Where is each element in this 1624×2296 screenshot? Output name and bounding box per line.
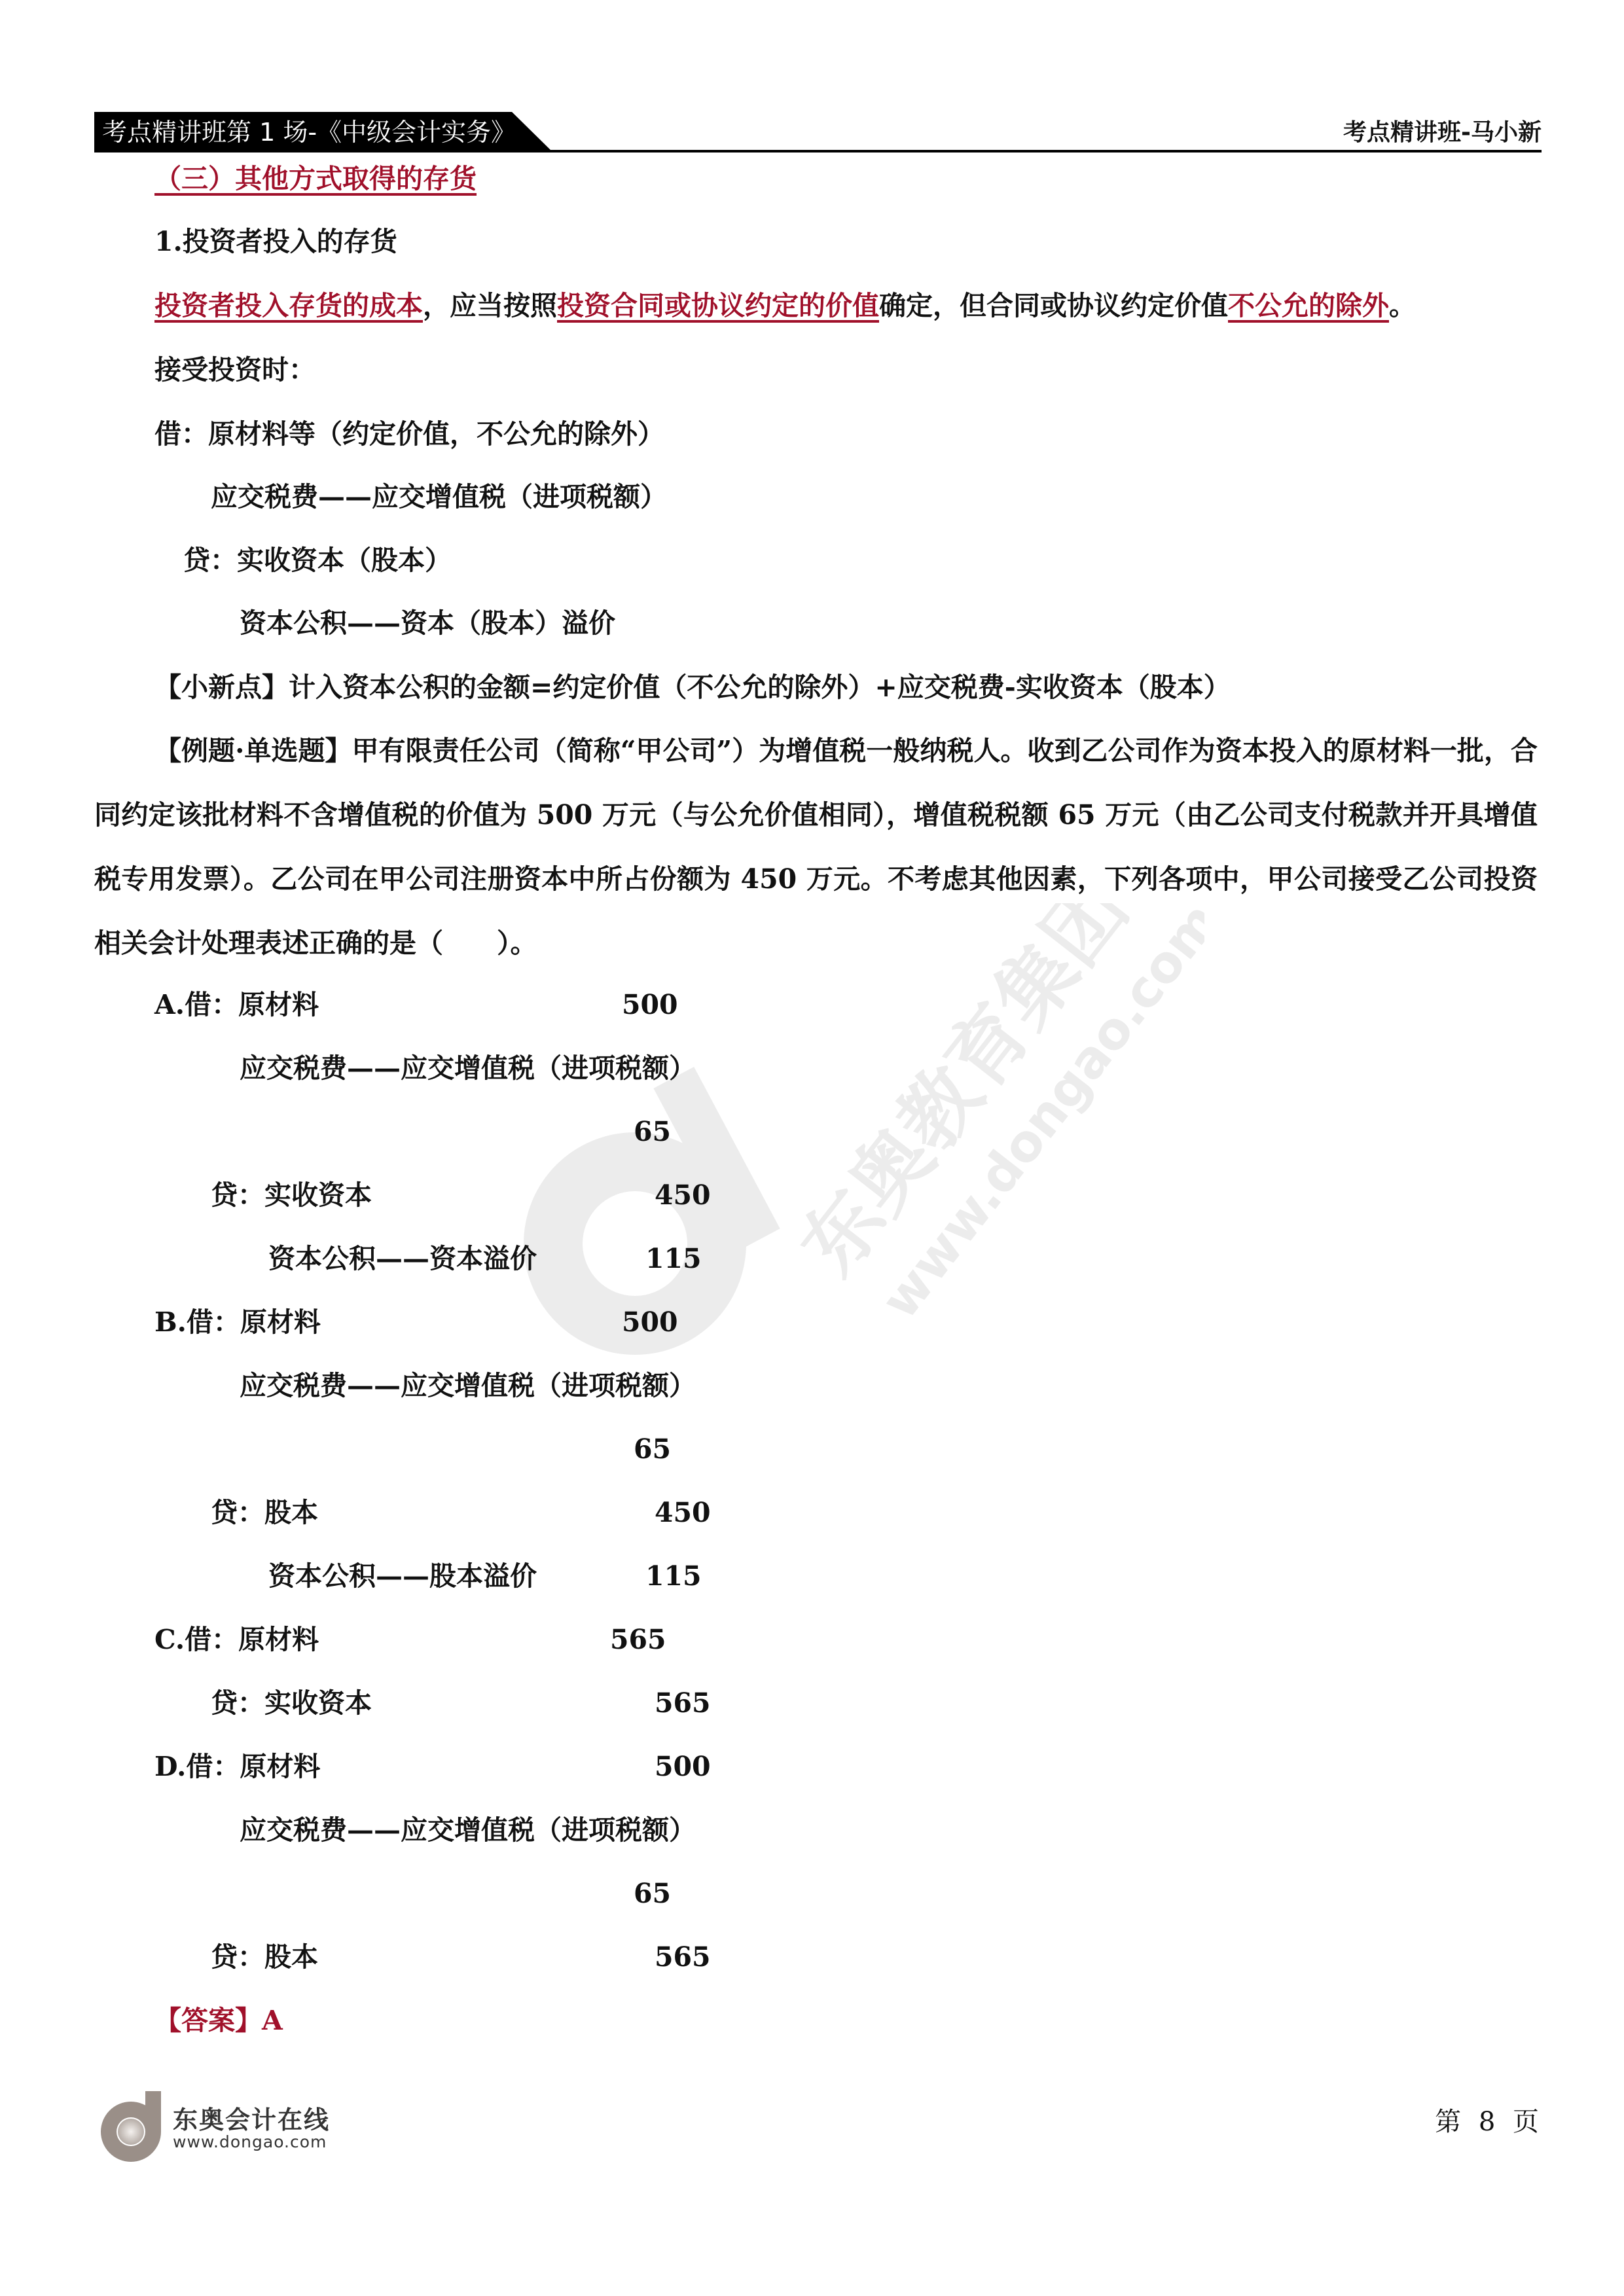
rule-sentence: 投资者投入存货的成本，应当按照投资合同或协议约定的价值确定，但合同或协议约定价值… [154,286,1416,325]
rule-text: 确定，但合同或协议约定价值 [879,290,1228,321]
section-heading: （三）其他方式取得的存货 [154,159,477,198]
option-d-amount3: 565 [655,1937,711,1977]
option-d-line1: D.借：原材料 [154,1747,320,1786]
question-text: 【例题·单选题】甲有限责任公司（简称“甲公司”）为增值税一般纳税人。收到乙公司作… [94,719,1538,975]
option-a-line4: 资本公积——资本溢价 [268,1239,537,1278]
subheading: 1.投资者投入的存货 [154,222,397,261]
answer-label: 【答案】 [154,2005,262,2036]
option-a-amount1: 500 [622,985,678,1024]
header-course-title: 考点精讲班第 1 场-《中级会计实务》 [102,115,516,149]
header-lecturer: 考点精讲班-马小新 [1343,117,1542,149]
option-c-amount1: 565 [610,1620,666,1659]
option-c-line1: C.借：原材料 [154,1620,319,1659]
option-c-line2: 贷：实收资本 [211,1683,372,1723]
entry-line-credit: 贷：实收资本（股本） [183,541,452,580]
entry-line-debit: 借：原材料等（约定价值，不公允的除外） [154,414,664,454]
header-divider [94,150,1542,152]
option-b-line1: B.借：原材料 [154,1302,321,1342]
option-b-line4: 资本公积——股本溢价 [268,1556,537,1596]
option-a-amount3: 450 [655,1175,711,1215]
rule-text: ，应当按照 [423,290,557,321]
rule-highlight-exception: 不公允的除外 [1228,290,1389,321]
option-c-amount2: 565 [655,1683,711,1723]
option-a-amount4: 115 [645,1239,702,1278]
option-a-line3: 贷：实收资本 [211,1175,372,1215]
page-number: 第 8 页 [1435,2101,1539,2138]
option-d-line2: 应交税费——应交增值税（进项税额） [240,1810,696,1850]
option-b-amount1: 500 [622,1302,678,1342]
answer: 【答案】A [154,2001,283,2040]
rule-text: 。 [1389,290,1416,321]
footer-brand-url: www.dongao.com [173,2132,327,2151]
option-b-amount3: 450 [655,1493,711,1532]
tip-formula: 【小新点】计入资本公积的金额=约定价值（不公允的除外）+应交税费-实收资本（股本… [154,668,1231,707]
rule-highlight-contract-value: 投资合同或协议约定的价值 [557,290,879,321]
option-b-line2: 应交税费——应交增值税（进项税额） [240,1366,696,1405]
footer-brand-name: 东奥会计在线 [173,2100,330,2136]
option-a-amount2: 65 [634,1112,671,1151]
option-a-line2: 应交税费——应交增值税（进项税额） [240,1049,696,1088]
entry-line-vat: 应交税费——应交增值税（进项税额） [211,477,667,516]
entry-line-capital-reserve: 资本公积——资本（股本）溢价 [240,603,615,643]
option-b-line3: 贷：股本 [211,1493,318,1532]
option-d-amount1: 500 [655,1747,711,1786]
option-d-amount2: 65 [634,1874,671,1913]
dongao-logo-icon [97,2091,169,2163]
answer-value: A [262,2005,283,2036]
option-a-line1: A.借：原材料 [154,985,319,1024]
entry-intro: 接受投资时： [154,350,316,389]
option-b-amount2: 65 [634,1429,671,1469]
option-b-amount4: 115 [645,1556,702,1596]
rule-highlight-cost: 投资者投入存货的成本 [154,290,423,321]
option-d-line3: 贷：股本 [211,1937,318,1977]
